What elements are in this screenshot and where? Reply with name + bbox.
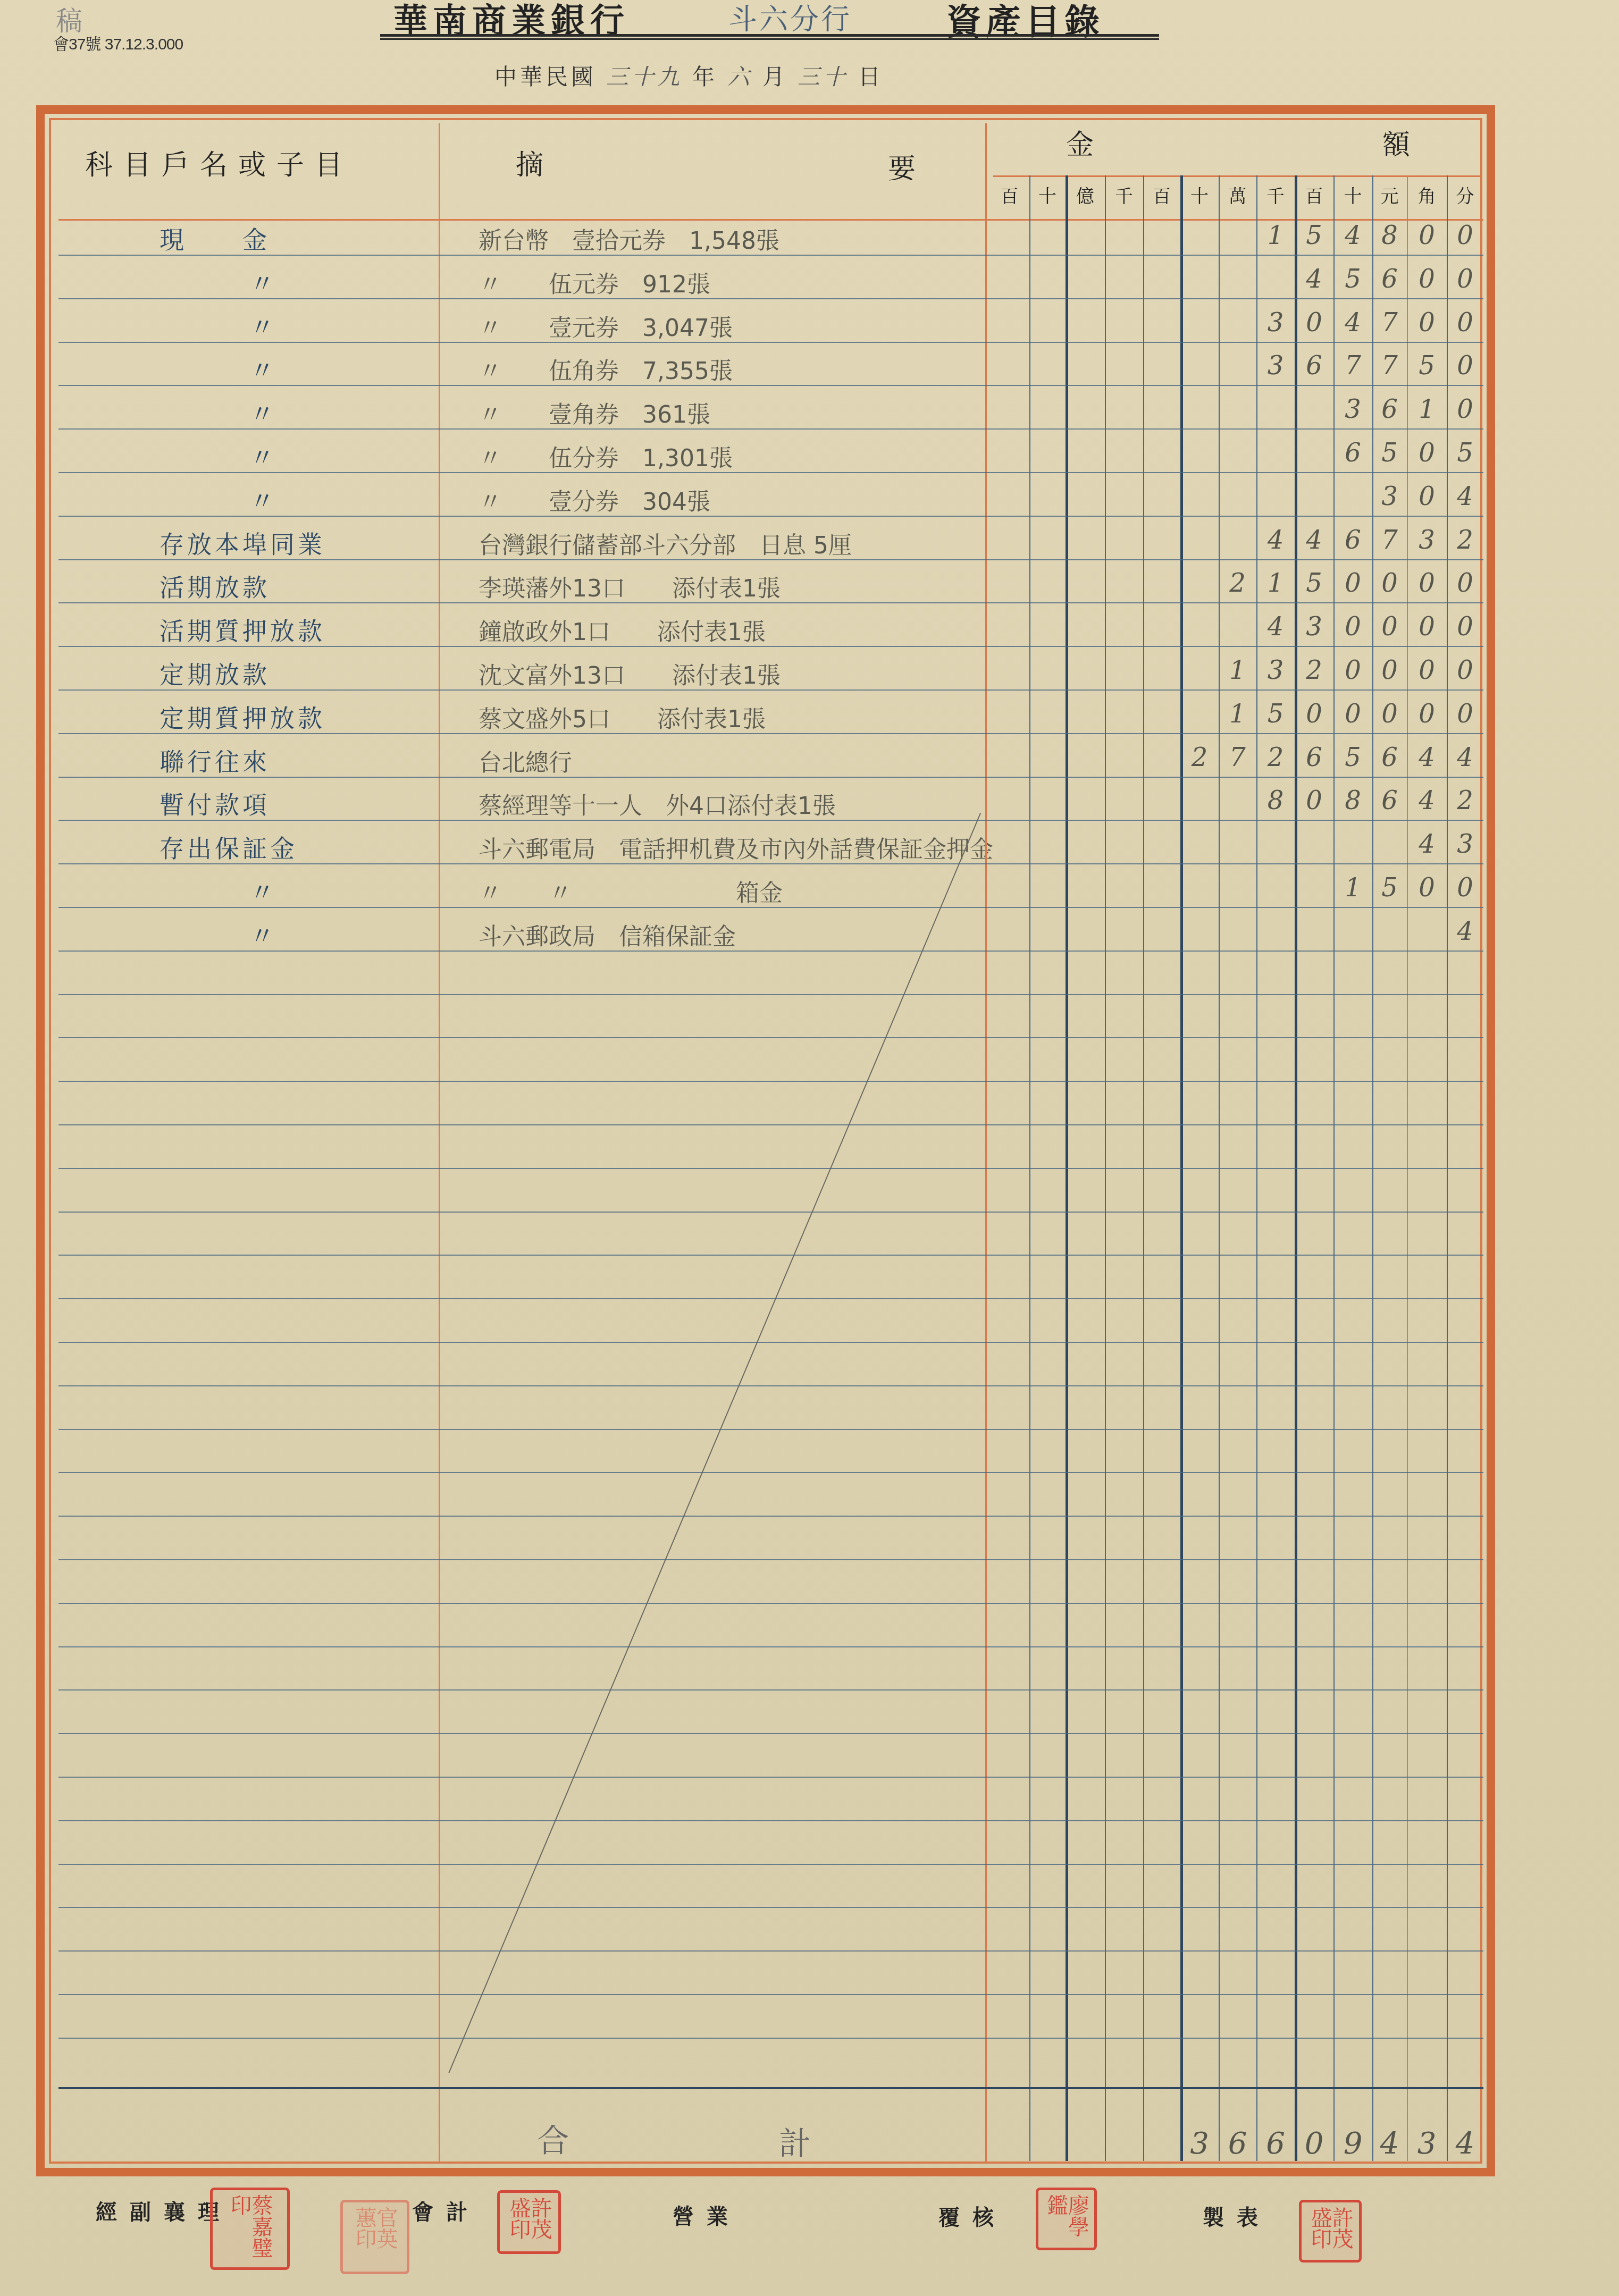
amount-digit: 0 xyxy=(1447,699,1483,729)
title-underline xyxy=(380,34,1159,37)
amount-digit: 0 xyxy=(1447,612,1483,642)
summary-text: 斗六郵政局 信箱保証金 xyxy=(479,918,736,952)
ruled-line xyxy=(58,1820,1483,1821)
amount-digit: 0 xyxy=(1407,699,1447,729)
amount-digit: 3 xyxy=(1447,829,1483,859)
ruled-line xyxy=(58,2038,1483,2039)
amount-digit: 8 xyxy=(1372,221,1407,250)
amount-digit: 4 xyxy=(1333,221,1372,250)
ruled-line xyxy=(58,298,1483,299)
amount-digit: 3 xyxy=(1256,655,1295,685)
summary-text: 〃 壹分券 304張 xyxy=(479,483,710,517)
ruled-line xyxy=(58,516,1483,517)
digit-header-4: 百 xyxy=(1143,182,1180,208)
date-year-suffix: 年 xyxy=(692,60,718,91)
amount-digit: 3 xyxy=(1256,351,1295,381)
digit-header-9: 十 xyxy=(1333,182,1372,208)
amount-digit: 6 xyxy=(1372,786,1407,815)
amount-digit: 0 xyxy=(1295,699,1333,729)
account-name: 〃 xyxy=(250,916,278,952)
amount-digit: 0 xyxy=(1447,351,1483,381)
amount-digit: 5 xyxy=(1407,351,1447,381)
amount-digit: 2 xyxy=(1219,568,1256,598)
amount-digit: 0 xyxy=(1372,568,1407,598)
seal-prepared: 許茂盛印 xyxy=(1299,2200,1362,2263)
amount-digit: 0 xyxy=(1407,873,1447,903)
summary-text: 〃 壹角券 361張 xyxy=(479,396,710,430)
digit-header-8: 百 xyxy=(1295,182,1333,208)
ruled-line xyxy=(58,1472,1483,1473)
seal-review: 廖學鑑 xyxy=(1036,2188,1097,2250)
amount-digit: 6 xyxy=(1295,743,1333,772)
ruled-line xyxy=(58,1255,1483,1256)
account-name: 〃 xyxy=(250,438,278,473)
ruled-line xyxy=(58,602,1483,603)
amount-digit: 1 xyxy=(1333,873,1372,903)
seal-manager: 蔡嘉璧印 xyxy=(210,2188,290,2270)
column-header-amount-left: 金 xyxy=(1066,122,1104,162)
amount-digit: 3 xyxy=(1256,308,1295,338)
amount-digit: 0 xyxy=(1407,221,1447,250)
amount-digit: 0 xyxy=(1447,308,1483,338)
ruled-line xyxy=(58,1950,1483,1952)
ruled-line xyxy=(58,1733,1483,1734)
amount-digit: 4 xyxy=(1407,786,1447,815)
sig-label-review: 覆核 xyxy=(938,2201,1006,2231)
amount-digit: 5 xyxy=(1295,221,1333,250)
total-digit: 6 xyxy=(1219,2126,1256,2161)
amount-digit: 1 xyxy=(1256,221,1295,250)
ruled-line xyxy=(58,385,1483,386)
amount-digit: 0 xyxy=(1407,438,1447,468)
amount-digit: 2 xyxy=(1447,786,1483,815)
account-name: 定期放款 xyxy=(160,655,270,691)
account-name: 〃 xyxy=(250,482,278,517)
date-month: 六 xyxy=(727,60,753,91)
total-digit: 3 xyxy=(1180,2126,1219,2161)
summary-text: 〃 伍角券 7,355張 xyxy=(479,352,733,386)
account-name: 〃 xyxy=(250,351,278,386)
summary-text: 鐘啟政外1口 添付表1張 xyxy=(479,613,766,647)
total-label-right: 計 xyxy=(779,2118,811,2164)
amount-digit: 0 xyxy=(1333,699,1372,729)
summary-text: 蔡經理等十一人 外4口添付表1張 xyxy=(479,787,836,821)
ruled-line xyxy=(58,820,1483,821)
amount-digit: 0 xyxy=(1333,655,1372,685)
digit-header-11: 角 xyxy=(1407,182,1447,208)
ruled-line xyxy=(58,1342,1483,1343)
amount-digit: 6 xyxy=(1372,264,1407,294)
branch-name: 斗六分行 xyxy=(728,0,852,38)
ruled-line xyxy=(58,559,1483,560)
digit-header-3: 千 xyxy=(1105,182,1143,208)
digit-header-1: 十 xyxy=(1029,182,1066,208)
amount-digit: 8 xyxy=(1333,786,1372,815)
column-header-amount-right: 額 xyxy=(1382,122,1421,162)
amount-digit: 5 xyxy=(1295,568,1333,598)
title-underline xyxy=(380,38,1159,40)
amount-digit: 5 xyxy=(1256,699,1295,729)
amount-digit: 4 xyxy=(1256,525,1295,555)
seal-assistant: 官英蕙印 xyxy=(340,2200,409,2274)
ruled-line xyxy=(58,863,1483,864)
ruled-line xyxy=(58,1212,1483,1213)
amount-digit: 4 xyxy=(1256,612,1295,642)
amount-digit: 0 xyxy=(1372,699,1407,729)
date-month-suffix: 月 xyxy=(762,60,788,91)
amount-digit: 6 xyxy=(1372,743,1407,772)
ruled-line xyxy=(58,1603,1483,1604)
summary-text: 台灣銀行儲蓄部斗六分部 日息 5厘 xyxy=(479,526,852,560)
amount-digit: 0 xyxy=(1372,612,1407,642)
amount-digit: 7 xyxy=(1372,308,1407,338)
amount-digit: 1 xyxy=(1219,699,1256,729)
amount-digit: 0 xyxy=(1372,655,1407,685)
total-digit: 9 xyxy=(1333,2126,1372,2161)
date-day-suffix: 日 xyxy=(858,60,884,91)
digit-header-6: 萬 xyxy=(1219,182,1256,208)
amount-digit: 3 xyxy=(1333,394,1372,424)
account-name: 暫付款項 xyxy=(160,786,270,821)
ruled-line xyxy=(58,1646,1483,1647)
total-digit: 6 xyxy=(1256,2126,1295,2161)
amount-digit: 2 xyxy=(1180,743,1219,772)
account-name: 聯行往來 xyxy=(160,743,270,778)
amount-digit: 0 xyxy=(1407,482,1447,511)
amount-digit: 0 xyxy=(1295,786,1333,815)
document-title: 資產目錄 xyxy=(946,0,1104,44)
amount-digit: 5 xyxy=(1333,743,1372,772)
header-bottom-rule xyxy=(58,219,1483,221)
sig-label-business: 營業 xyxy=(673,2200,741,2230)
summary-text: 沈文富外13口 添付表1張 xyxy=(479,657,781,691)
amount-digit: 0 xyxy=(1333,612,1372,642)
digit-header-12: 分 xyxy=(1447,182,1483,208)
ruled-line xyxy=(58,1298,1483,1299)
amount-digit: 5 xyxy=(1447,438,1483,468)
ruled-line xyxy=(58,1081,1483,1082)
column-header-summary-left: 摘 xyxy=(516,142,554,182)
total-digit: 4 xyxy=(1447,2126,1483,2161)
total-digit: 4 xyxy=(1372,2126,1407,2161)
amount-digit: 2 xyxy=(1256,743,1295,772)
summary-text: 〃 伍分券 1,301張 xyxy=(479,439,733,473)
summary-text: 蔡文盛外5口 添付表1張 xyxy=(479,700,766,734)
total-digit: 0 xyxy=(1295,2126,1333,2161)
ruled-line xyxy=(58,733,1483,734)
account-name: 〃 xyxy=(250,308,278,343)
amount-digit: 0 xyxy=(1447,264,1483,294)
amount-digit: 4 xyxy=(1333,308,1372,338)
ruled-line xyxy=(58,994,1483,995)
amount-digit: 7 xyxy=(1333,351,1372,381)
digit-header-7: 千 xyxy=(1256,182,1295,208)
digit-header-0: 百 xyxy=(989,182,1029,208)
amount-digit: 8 xyxy=(1256,786,1295,815)
column-header-summary-right: 要 xyxy=(888,146,926,186)
summary-text: 〃 伍元券 912張 xyxy=(479,265,710,299)
summary-text: 李瑛藩外13口 添付表1張 xyxy=(479,569,781,603)
amount-digit: 3 xyxy=(1295,612,1333,642)
ruled-line xyxy=(58,1689,1483,1691)
account-name: 活期質押放款 xyxy=(160,612,325,647)
amount-digit: 4 xyxy=(1407,743,1447,772)
amount-digit: 1 xyxy=(1219,655,1256,685)
ruled-line xyxy=(58,1864,1483,1865)
ruled-line xyxy=(58,1037,1483,1038)
ruled-line xyxy=(58,689,1483,691)
ruled-line xyxy=(58,472,1483,473)
summary-text: 新台幣 壹拾元券 1,548張 xyxy=(479,222,779,256)
account-name: 〃 xyxy=(250,873,278,908)
total-rule xyxy=(58,2087,1483,2089)
account-name: 活期放款 xyxy=(160,568,270,603)
ruled-line xyxy=(58,1559,1483,1560)
sig-label-accounting: 會計 xyxy=(412,2196,480,2226)
ruled-line xyxy=(58,342,1483,343)
ruled-line xyxy=(58,1994,1483,1995)
amount-digit: 6 xyxy=(1333,525,1372,555)
account-name: 〃 xyxy=(250,394,278,430)
account-name: 存放本埠同業 xyxy=(160,525,325,560)
ruled-line xyxy=(58,1777,1483,1778)
ruled-line xyxy=(58,428,1483,430)
amount-digit: 4 xyxy=(1295,525,1333,555)
date-year: 三十九 xyxy=(606,60,683,91)
amount-digit: 0 xyxy=(1447,873,1483,903)
amount-digit: 7 xyxy=(1372,351,1407,381)
summary-text: 斗六郵電局 電話押机費及市內外話費保証金押金 xyxy=(479,830,993,864)
summary-text: 台北總行 xyxy=(479,744,572,778)
digit-header-5: 十 xyxy=(1180,182,1219,208)
amount-digit: 6 xyxy=(1333,438,1372,468)
amount-digit: 0 xyxy=(1407,308,1447,338)
column-header-account: 科目戶名或子目 xyxy=(85,142,353,182)
sig-label-prepared: 製表 xyxy=(1203,2201,1271,2231)
amount-digit: 6 xyxy=(1295,351,1333,381)
ruled-line xyxy=(58,1907,1483,1908)
amount-digit: 0 xyxy=(1447,394,1483,424)
amount-digit: 0 xyxy=(1407,568,1447,598)
digit-header-2: 億 xyxy=(1066,182,1105,208)
ruled-line xyxy=(58,1124,1483,1125)
date-prefix: 中華民國 xyxy=(494,60,597,91)
amount-digit: 3 xyxy=(1407,525,1447,555)
ruled-line xyxy=(58,907,1483,908)
summary-text: 〃 〃 箱金 xyxy=(479,874,783,908)
account-name: 現 金 xyxy=(160,221,270,256)
amount-digit: 6 xyxy=(1372,394,1407,424)
digit-header-10: 元 xyxy=(1372,182,1407,208)
amount-digit: 5 xyxy=(1372,873,1407,903)
ruled-line xyxy=(58,1516,1483,1517)
ruled-line xyxy=(58,777,1483,778)
account-name: 存出保証金 xyxy=(160,829,298,864)
amount-digit: 0 xyxy=(1407,655,1447,685)
amount-digit: 0 xyxy=(1407,612,1447,642)
amount-digit: 5 xyxy=(1372,438,1407,468)
form-number: 會37號 37.12.3.000 xyxy=(53,31,183,54)
amount-digit: 7 xyxy=(1372,525,1407,555)
date-line: 中華民國三十九年六月三十日 xyxy=(494,60,884,91)
account-name: 定期質押放款 xyxy=(160,699,325,734)
amount-digit: 0 xyxy=(1447,221,1483,250)
amount-digit: 4 xyxy=(1447,743,1483,772)
account-name: 〃 xyxy=(250,264,278,299)
amount-digit: 2 xyxy=(1447,525,1483,555)
amount-digit: 4 xyxy=(1447,482,1483,511)
ruled-line xyxy=(58,255,1483,256)
amount-digit: 0 xyxy=(1447,568,1483,598)
amount-digit: 1 xyxy=(1256,568,1295,598)
amount-digit: 5 xyxy=(1333,264,1372,294)
ruled-line xyxy=(58,646,1483,647)
amount-digit: 3 xyxy=(1372,482,1407,511)
ruled-line xyxy=(58,1385,1483,1386)
ruled-line xyxy=(58,1168,1483,1169)
amount-digit: 4 xyxy=(1407,829,1447,859)
seal-accounting: 許茂盛印 xyxy=(497,2190,561,2254)
amount-digit: 7 xyxy=(1219,743,1256,772)
total-digit: 3 xyxy=(1407,2126,1447,2161)
amount-digit: 4 xyxy=(1447,916,1483,946)
amount-digit: 4 xyxy=(1295,264,1333,294)
amount-digit: 1 xyxy=(1407,394,1447,424)
ruled-line xyxy=(58,951,1483,952)
amount-digit: 0 xyxy=(1407,264,1447,294)
ruled-line xyxy=(58,1429,1483,1430)
amount-digit: 0 xyxy=(1447,655,1483,685)
amount-digit: 2 xyxy=(1295,655,1333,685)
date-day: 三十 xyxy=(798,60,849,91)
amount-digit: 0 xyxy=(1333,568,1372,598)
summary-text: 〃 壹元券 3,047張 xyxy=(479,309,733,343)
amount-digit: 0 xyxy=(1295,308,1333,338)
total-label-left: 合 xyxy=(537,2116,569,2162)
